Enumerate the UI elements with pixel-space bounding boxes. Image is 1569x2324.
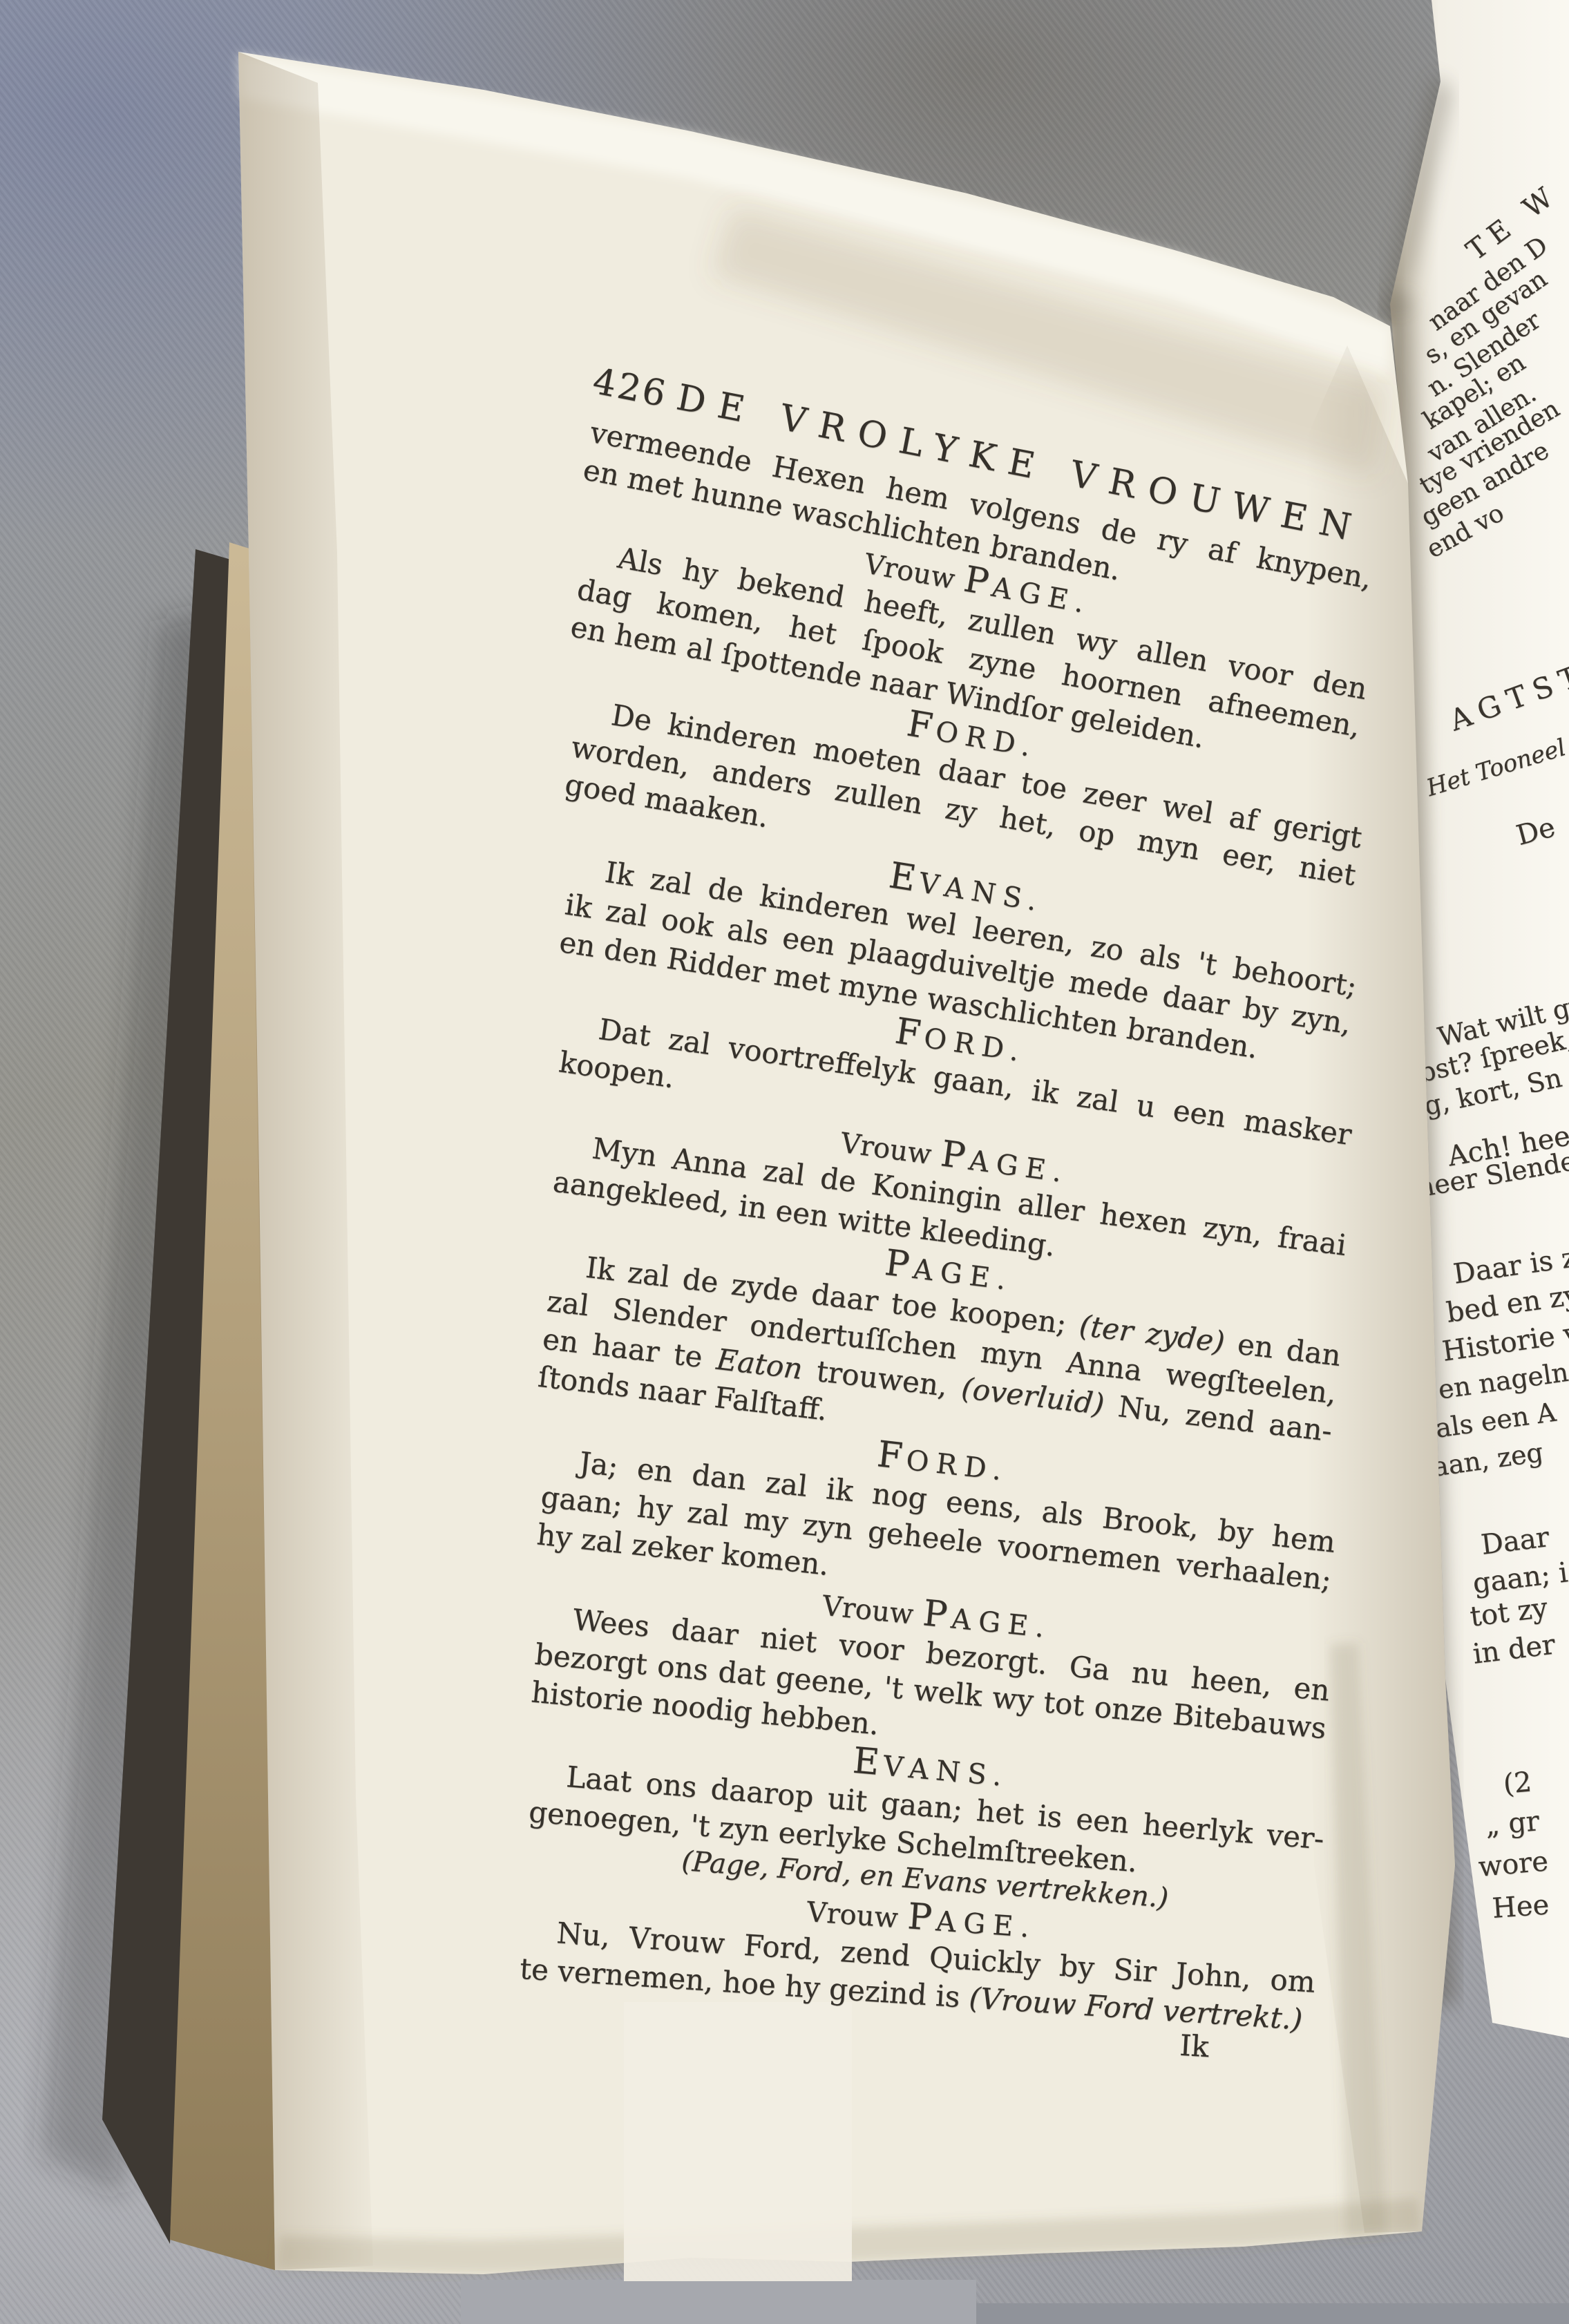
page-body: vermeende Hexen hem volgens de ry af kny… (598, 413, 1392, 1988)
facing-page-fragment: wore (1477, 1845, 1550, 1883)
speaker-prefix: Vrouw (806, 1896, 899, 1934)
facing-page-fragment: aan, zeg (1431, 1437, 1545, 1483)
book-page: 426 DE VROLYKE VROUWEN vermeende Hexen h… (598, 359, 1392, 2025)
facing-page-fragment: (2 (1502, 1766, 1533, 1800)
facing-page-fragment: Hee (1491, 1889, 1550, 1925)
facing-page-fragment: gaan; i (1471, 1556, 1569, 1599)
facing-page-fragment: in der (1471, 1629, 1557, 1670)
facing-page-fragment: Het Tooneel v (1423, 727, 1569, 802)
patch-rect-gray-left (461, 2280, 976, 2324)
photo-scene: TE Wnaar den Ds, en gevann. Slenderkapel… (0, 0, 1569, 2324)
facing-page-fragment: AGTST (1445, 657, 1569, 738)
facing-page-fragment: De (1513, 811, 1559, 852)
patch-rect-cream (624, 2002, 852, 2281)
page-number: 426 (589, 359, 672, 417)
facing-page-fragment: Daar (1479, 1521, 1551, 1561)
facing-page-fragment: „ gr (1484, 1805, 1541, 1842)
patch-rect-gray-right (976, 2303, 1569, 2324)
